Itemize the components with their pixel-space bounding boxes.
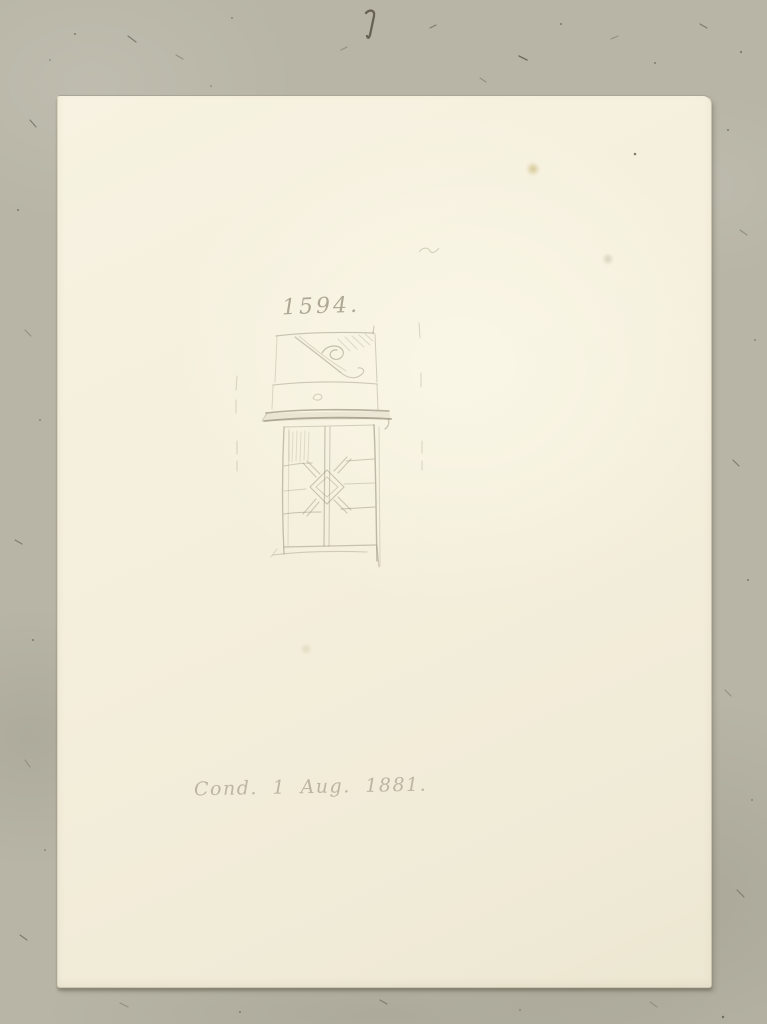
- scan-stage: 1594. Cond. 1 Aug. 1881.: [0, 0, 767, 1024]
- ink-mark: [366, 11, 374, 38]
- catalog-number-label: 1594.: [282, 293, 361, 321]
- paper-sheet: [57, 95, 712, 988]
